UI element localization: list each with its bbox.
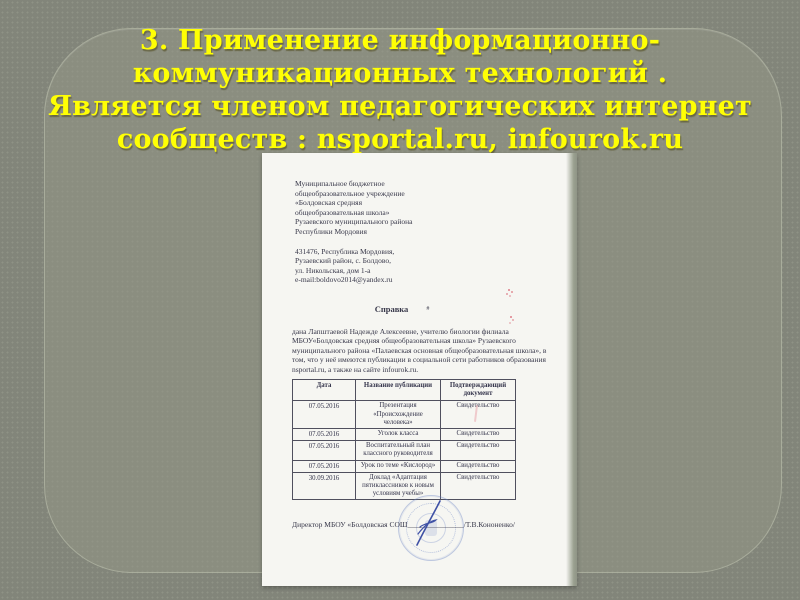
letterhead-org-line: Республики Мордовия: [295, 227, 465, 237]
letterhead-address-line: Рузаевский район, с. Болдово,: [295, 256, 465, 266]
table-row: 07.05.2016 Урок по теме «Кислород» Свиде…: [293, 460, 516, 472]
cell-title: Презентация «Происхождение человека»: [356, 401, 441, 429]
cell-date: 07.05.2016: [293, 441, 356, 460]
letterhead-org-line: общеобразовательное учреждение: [295, 189, 465, 199]
cell-date: 07.05.2016: [293, 429, 356, 441]
letterhead-org-line: «Болдовская средняя: [295, 198, 465, 208]
letterhead-address-line: e-mail:boldovo2014@yandex.ru: [295, 275, 465, 285]
table-header-date: Дата: [293, 380, 356, 401]
letterhead-org-line: Рузаевского муниципального района: [295, 217, 465, 227]
letterhead: Муниципальное бюджетное общеобразователь…: [295, 179, 465, 285]
cell-title: Воспитательный план классного руководите…: [356, 441, 441, 460]
red-ink-speck: [508, 289, 510, 291]
letterhead-address-line: 431476, Республика Мордовия,: [295, 247, 465, 257]
cell-date: 30.09.2016: [293, 472, 356, 500]
slide-title: 3. Применение информационно- коммуникаци…: [40, 24, 760, 156]
table-header-row: Дата Название публикации Подтверждающий …: [293, 380, 516, 401]
cell-confirm: Свидетельство: [441, 429, 516, 441]
scan-edge-shadow: [566, 153, 577, 586]
table-row: 07.05.2016 Презентация «Происхождение че…: [293, 401, 516, 429]
publications-table: Дата Название публикации Подтверждающий …: [292, 379, 516, 500]
table-row: 30.09.2016 Доклад «Адаптация пятиклассни…: [293, 472, 516, 500]
document-heading: Справка#: [262, 304, 542, 314]
scanned-certificate-document: Муниципальное бюджетное общеобразователь…: [262, 153, 577, 586]
signature-name: /Т.В.Кононенко/: [464, 520, 515, 529]
cell-date: 07.05.2016: [293, 401, 356, 429]
table-header-confirm: Подтверждающий документ: [441, 380, 516, 401]
letterhead-org-line: Муниципальное бюджетное: [295, 179, 465, 189]
cell-confirm: Свидетельство: [441, 460, 516, 472]
cell-title: Уголок класса: [356, 429, 441, 441]
cell-date: 07.05.2016: [293, 460, 356, 472]
table-row: 07.05.2016 Воспитательный план классного…: [293, 441, 516, 460]
table-header-title: Название публикации: [356, 380, 441, 401]
slide-title-line-3: Является членом педагогических интернет: [40, 90, 760, 123]
slide-title-line-4: сообществ : nsportal.ru, infourok.ru: [40, 123, 760, 156]
slide-title-line-1: 3. Применение информационно-: [40, 24, 760, 57]
document-heading-text: Справка: [375, 304, 409, 314]
table-row: 07.05.2016 Уголок класса Свидетельство: [293, 429, 516, 441]
red-ink-speck: [510, 316, 512, 318]
cell-confirm: Свидетельство: [441, 472, 516, 500]
cell-confirm: Свидетельство: [441, 441, 516, 460]
cell-title: Урок по теме «Кислород»: [356, 460, 441, 472]
slide-title-line-2: коммуникационных технологий .: [40, 57, 760, 90]
letterhead-org-line: общеобразовательная школа»: [295, 208, 465, 218]
letterhead-address-line: ул. Никольская, дом 1-а: [295, 266, 465, 276]
presentation-slide: { "slide": { "title_lines": [ "3. Примен…: [0, 0, 800, 600]
document-heading-number-mark: #: [426, 306, 429, 312]
handwritten-signature-icon: [410, 499, 448, 549]
letterhead-address: 431476, Республика Мордовия, Рузаевский …: [295, 247, 465, 285]
document-body-paragraph: дана Лапштаевой Надежде Алексеевне, учит…: [292, 327, 554, 374]
signature-prefix: Директор МБОУ «Болдовская СОШ: [292, 520, 407, 529]
